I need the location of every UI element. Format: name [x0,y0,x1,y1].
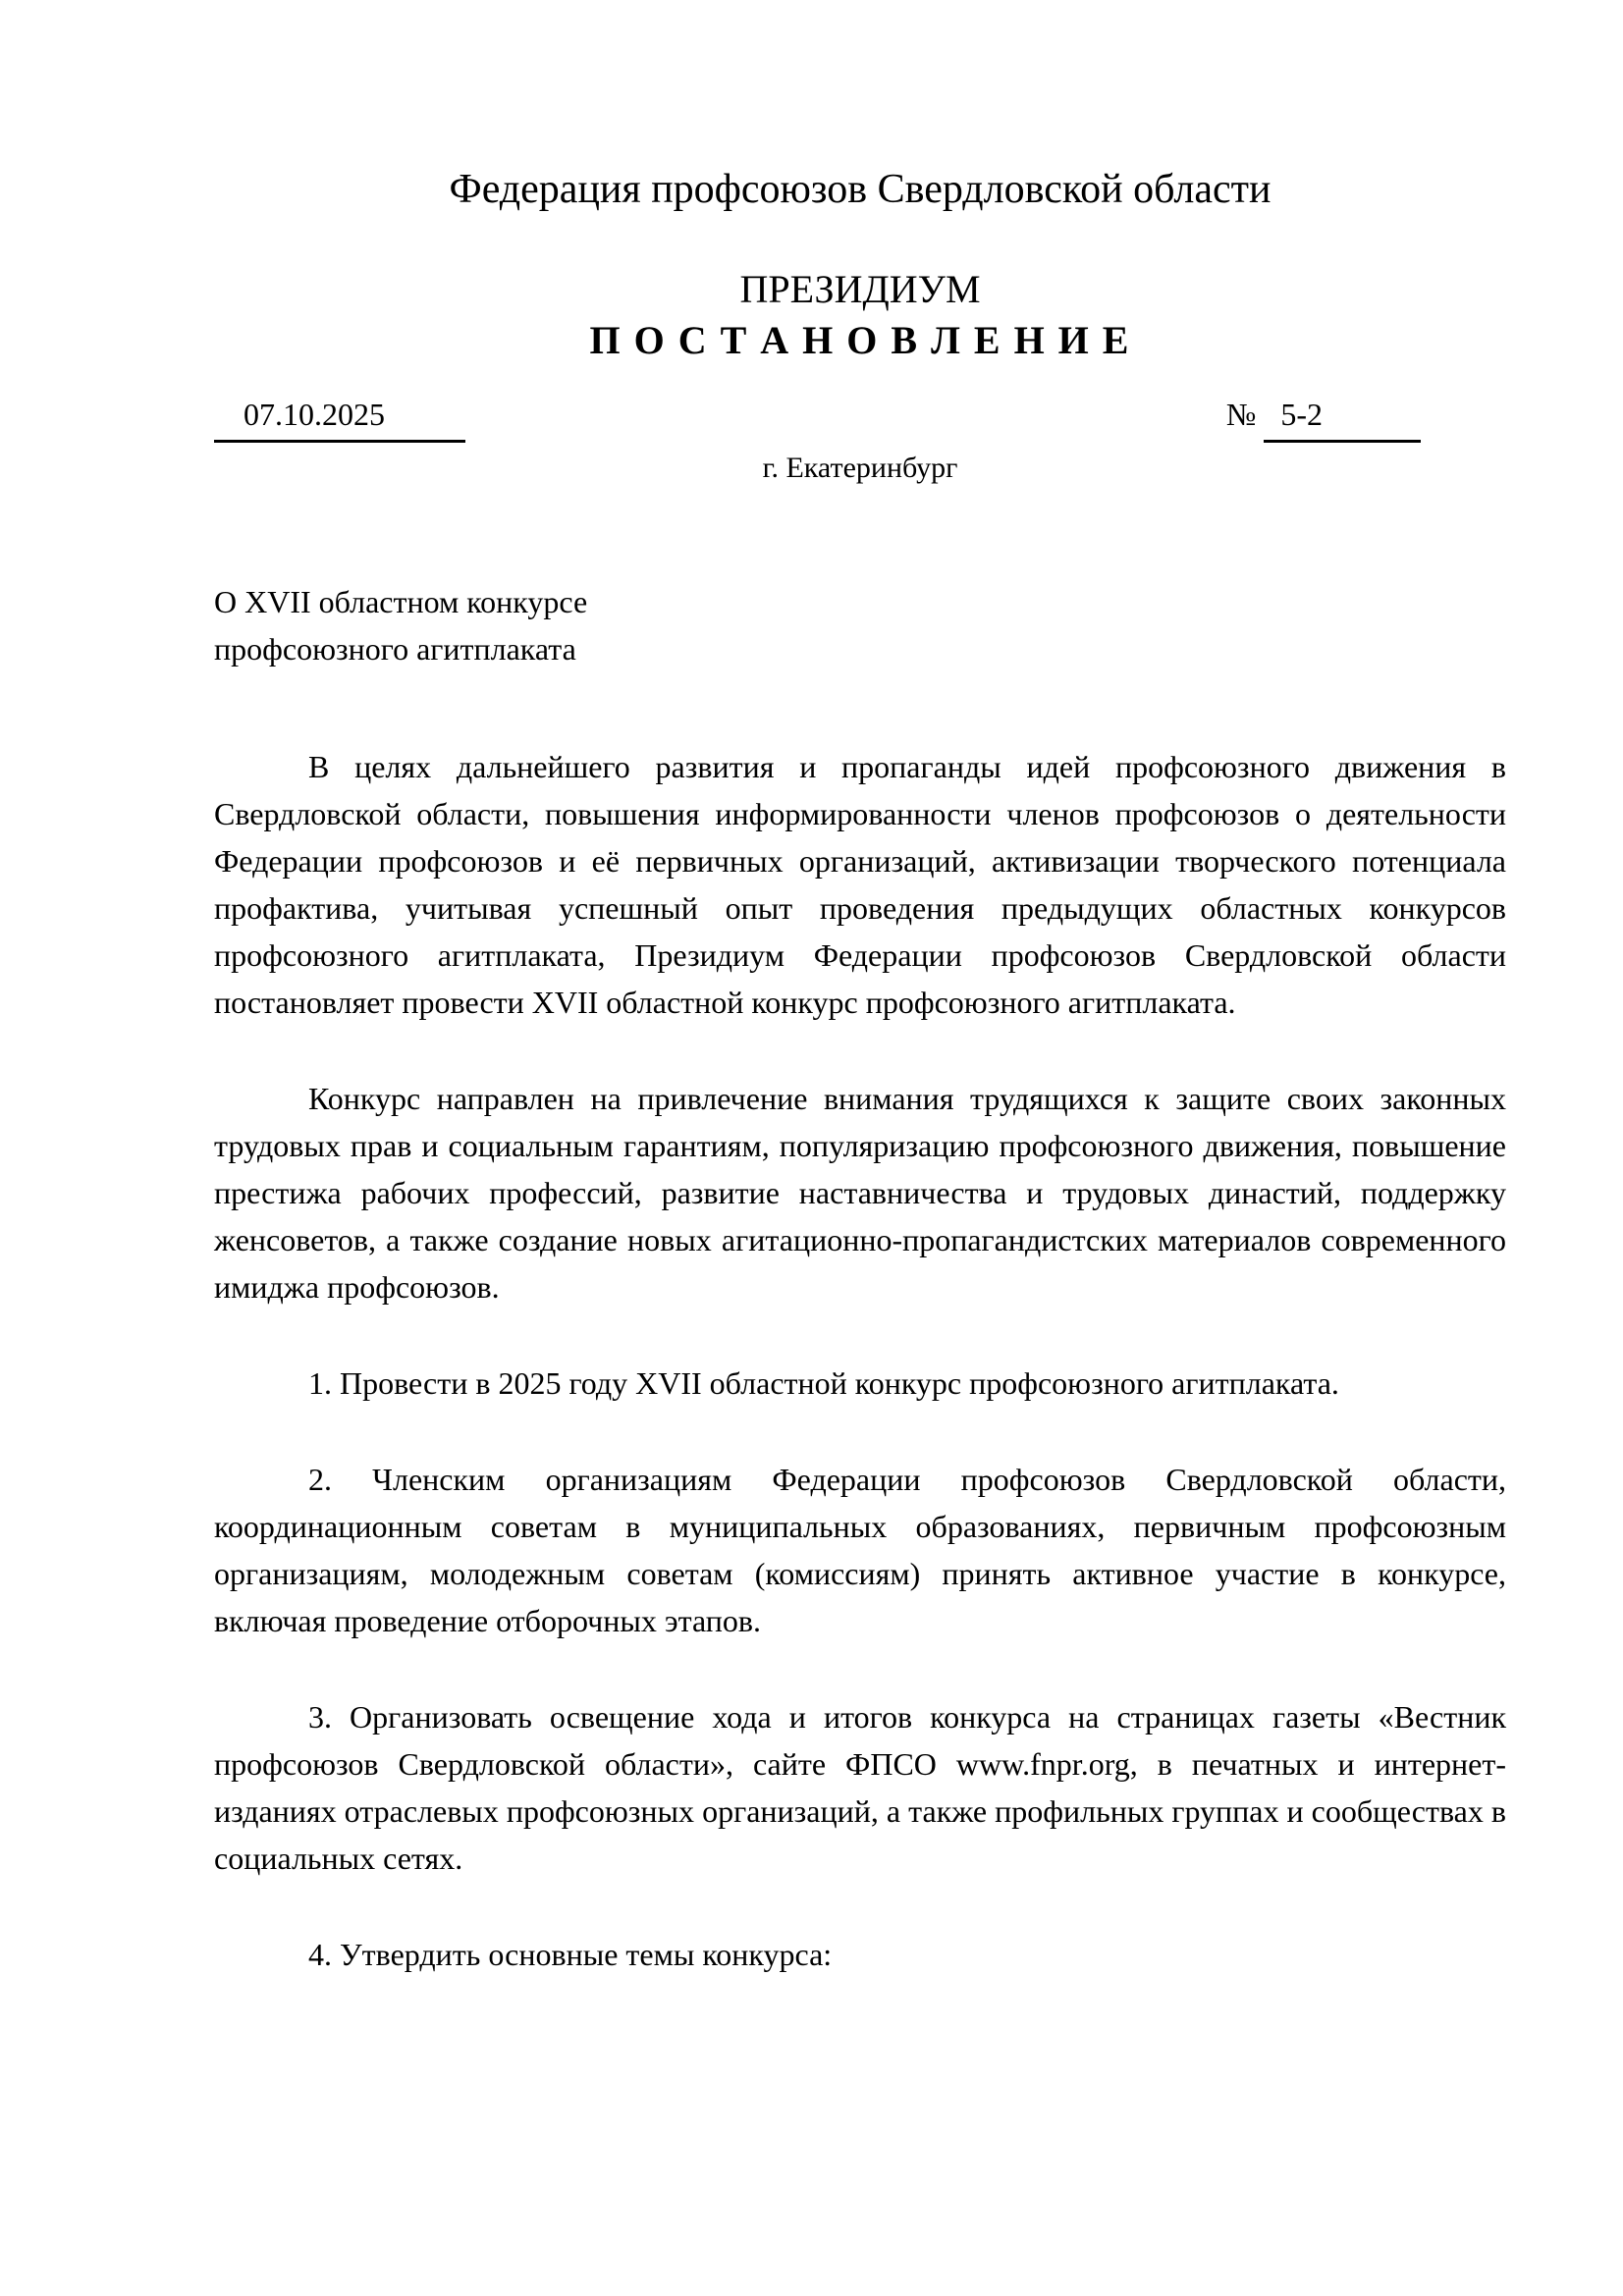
paragraph-item-1: 1. Провести в 2025 году XVII областной к… [214,1360,1506,1407]
paragraph-item-2: 2. Членским организациям Федерации профс… [214,1456,1506,1644]
document-page: Федерация профсоюзов Свердловской област… [0,0,1623,2296]
paragraph-item-3: 3. Организовать освещение хода и итогов … [214,1693,1506,1882]
document-number-group: №5-2 [1226,395,1421,443]
paragraph-item-4: 4. Утвердить основные темы конкурса: [214,1931,1506,1978]
organization-title: Федерация профсоюзов Свердловской област… [214,167,1506,212]
paragraph-purpose: Конкурс направлен на привлечение внимани… [214,1075,1506,1310]
document-body: В целях дальнейшего развития и пропаганд… [214,743,1506,1978]
document-date: 07.10.2025 [214,395,465,443]
number-sign: № [1226,395,1265,434]
presidium-heading: ПРЕЗИДИУМ [214,267,1506,312]
subject-line: О XVII областном конкурсе профсоюзного а… [214,578,1506,672]
document-type-heading: П О С Т А Н О В Л Е Н И Е [214,318,1506,363]
city-label: г. Екатеринбург [214,451,1506,486]
document-number: 5-2 [1264,395,1421,443]
paragraph-preamble: В целях дальнейшего развития и пропаганд… [214,743,1506,1026]
date-number-row: 07.10.2025 №5-2 [214,395,1506,443]
